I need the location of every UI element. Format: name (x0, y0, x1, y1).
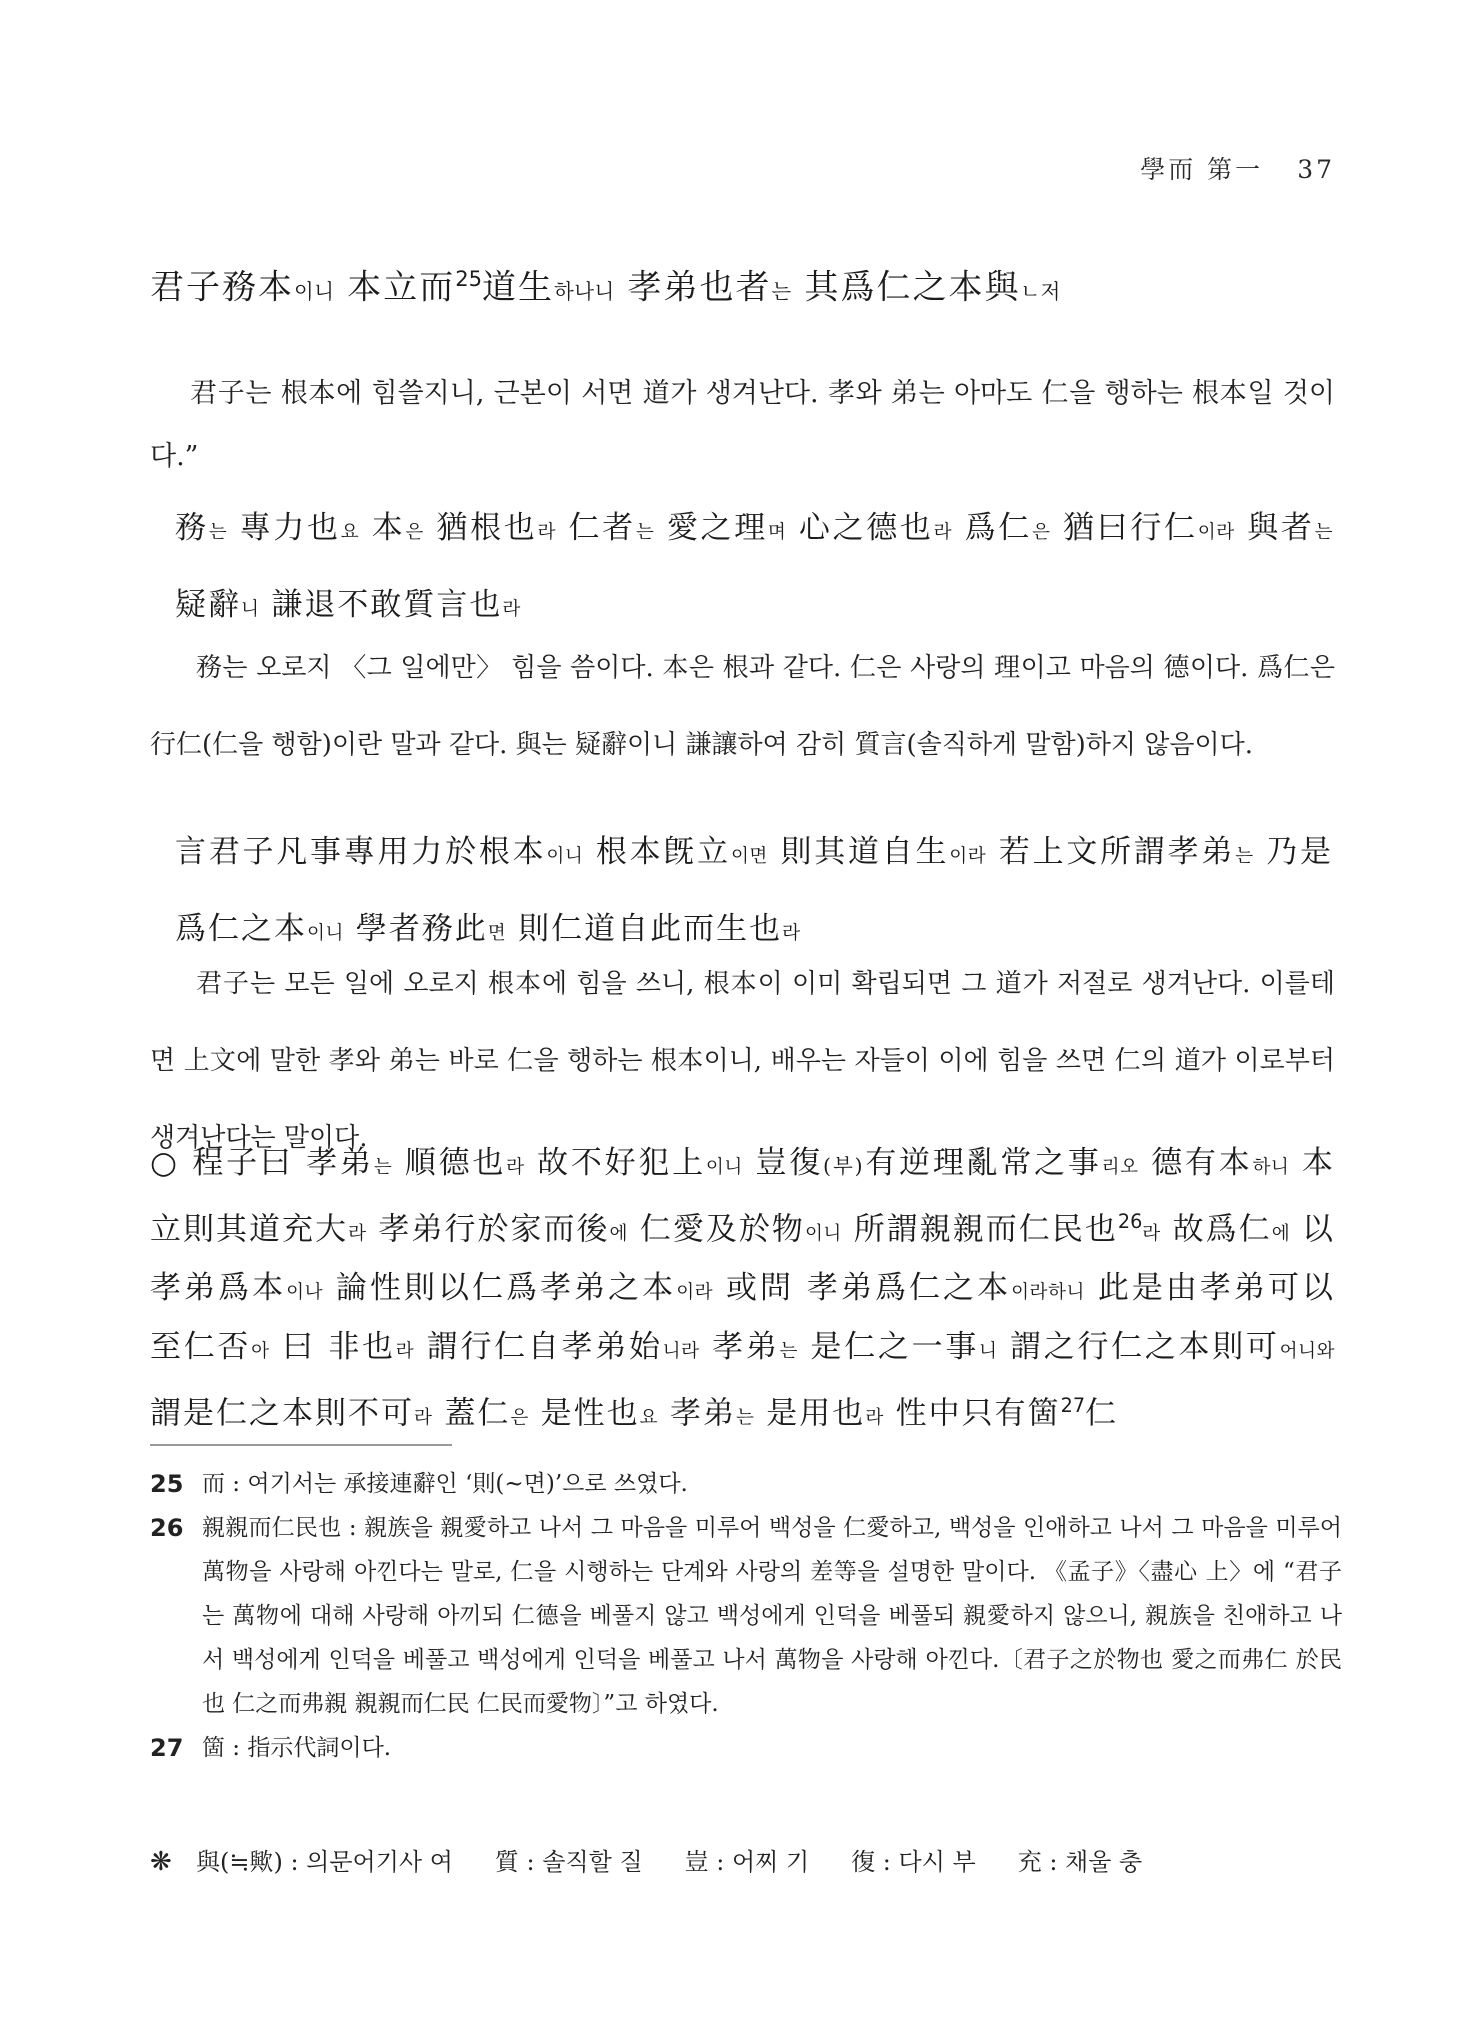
text-segment: 務 (175, 510, 209, 546)
main-quote-classical-text: 君子務本이니 本立而25道生하나니 孝弟也者는 其爲仁之本與ㄴ저 (150, 256, 1335, 314)
footnote-divider (150, 1444, 452, 1446)
text-segment: 謂是仁之本則不可 (150, 1396, 414, 1432)
text-segment: 專力也 (227, 510, 341, 546)
main-quote-translation: 君子는 根本에 힘쓸지니, 근본이 서면 道가 생겨난다. 孝와 弟는 아마도 … (150, 362, 1335, 488)
text-segment: 順德也 (392, 1145, 506, 1181)
text-segment: (부) (823, 1154, 865, 1178)
running-head: 學而 第一 37 (150, 150, 1335, 186)
text-segment: 하나니 (554, 279, 615, 303)
text-segment: 孝弟 (658, 1396, 736, 1432)
text-segment: 라 (537, 522, 555, 543)
text-segment: 君子務本 (150, 267, 294, 307)
text-segment: 라 (502, 599, 520, 620)
text-segment: 性中只有箇 (884, 1396, 1061, 1432)
text-segment: 猶曰行仁 (1050, 510, 1197, 546)
text-segment: 是仁之一事 (798, 1329, 979, 1365)
text-segment: 學者務此 (344, 911, 488, 947)
text-segment: 이라 (676, 1282, 713, 1303)
text-segment: 疑辭 (175, 587, 241, 623)
text-segment: 라 (865, 1408, 883, 1429)
text-segment: 故不好犯上 (525, 1145, 706, 1181)
footnote-26: 26 親親而仁民也 : 親族을 親愛하고 나서 그 마음을 미루어 백성을 仁愛… (150, 1506, 1342, 1726)
text-segment: 이니 (307, 923, 344, 944)
text-segment: 本立而 (334, 267, 455, 307)
text-segment: 라 (934, 522, 952, 543)
text-segment: 니라 (663, 1341, 700, 1362)
text-segment: 心之德也 (786, 510, 933, 546)
jibju-commentary-1: 務는 專力也요 本은 猶根也라 仁者는 愛之理며 心之德也라 爲仁은 猶曰行仁이… (175, 492, 1333, 646)
glossary-item: 與(≒歟) : 의문어기사 여 (196, 1848, 453, 1876)
text-segment: 猶根也 (424, 510, 538, 546)
text-segment: ㄴ저 (1020, 279, 1060, 303)
text-segment: 謙退不敢質言也 (259, 587, 502, 623)
page-number: 37 (1297, 155, 1335, 184)
text-segment: 道生 (482, 267, 554, 307)
text-segment: 요 (640, 1408, 658, 1429)
character-glossary: ❋ 與(≒歟) : 의문어기사 여質 : 솔직할 질豈 : 어찌 기復 : 다시… (150, 1842, 1342, 1877)
text-segment: 豈復 (743, 1145, 823, 1181)
chapter-title: 學而 第一 (1140, 150, 1263, 186)
text-segment: 니 (979, 1341, 997, 1362)
text-segment: 이라하니 (1011, 1282, 1085, 1303)
text-segment: 는 (736, 1408, 754, 1429)
text-segment: 蓋仁 (432, 1396, 510, 1432)
text-segment: 아 (251, 1341, 269, 1362)
glossary-item: 豈 : 어찌 기 (685, 1848, 810, 1876)
text-segment: 라 (414, 1408, 432, 1429)
footnote-reference: 26 (1118, 1210, 1142, 1233)
footnote-text: 而 : 여기서는 承接連辭인 ‘則(~면)’으로 쓰였다. (202, 1462, 1342, 1506)
text-segment: 論性則以仁爲孝弟之本 (323, 1270, 676, 1306)
text-segment: 則仁道自此而生也 (506, 911, 782, 947)
text-segment: 면 (488, 923, 506, 944)
text-segment: 孝弟行於家而後 (367, 1211, 610, 1247)
text-segment: 는 (771, 279, 791, 303)
text-segment: 若上文所謂孝弟 (986, 834, 1235, 870)
glossary-item: 復 : 다시 부 (851, 1848, 976, 1876)
footnote-reference: 25 (455, 266, 482, 291)
text-segment: 是用也 (754, 1396, 865, 1432)
footnote-reference: 27 (1061, 1394, 1085, 1417)
footnote-25: 25 而 : 여기서는 承接連辭인 ‘則(~면)’으로 쓰였다. (150, 1462, 1342, 1506)
text-segment: 孝弟 (700, 1329, 780, 1365)
jeongja-commentary: ○ 程子曰 孝弟는 順德也라 故不好犯上이니 豈復(부)有逆理亂常之事리오 德有… (150, 1136, 1335, 1446)
text-segment: 며 (768, 522, 786, 543)
text-segment: 라 (396, 1341, 414, 1362)
text-segment: 요 (341, 522, 359, 543)
text-segment: 라 (348, 1223, 366, 1244)
text-segment: 라 (782, 923, 800, 944)
text-segment: 이나 (286, 1282, 323, 1303)
text-segment: 라 (1142, 1223, 1160, 1244)
text-segment: 은 (510, 1408, 528, 1429)
glossary-items: 與(≒歟) : 의문어기사 여質 : 솔직할 질豈 : 어찌 기復 : 다시 부… (196, 1842, 1184, 1877)
text-segment: 니 (241, 599, 259, 620)
text-segment: 이니 (294, 279, 334, 303)
book-page: 學而 第一 37 君子務本이니 本立而25道生하나니 孝弟也者는 其爲仁之本與ㄴ… (0, 0, 1481, 2024)
text-segment: 는 (1235, 846, 1253, 867)
text-segment: 仁 (1085, 1396, 1118, 1432)
text-segment: ○ 程子曰 孝弟 (150, 1145, 374, 1181)
text-segment: 有逆理亂常之事 (865, 1145, 1102, 1181)
text-segment: 은 (405, 522, 423, 543)
text-segment: 에 (610, 1223, 628, 1244)
text-segment: 則其道自生 (768, 834, 949, 870)
footnote-27: 27 箇 : 指示代詞이다. (150, 1726, 1342, 1770)
text-segment: 仁者 (556, 510, 636, 546)
text-segment: 或問 孝弟爲仁之本 (713, 1270, 1011, 1306)
text-segment: 爲仁 (952, 510, 1032, 546)
text-segment: 는 (1315, 522, 1333, 543)
text-segment: 孝弟也者 (615, 267, 772, 307)
text-segment: 는 (636, 522, 654, 543)
text-segment: 根本旣立 (583, 834, 731, 870)
text-segment: 曰 非也 (270, 1329, 396, 1365)
text-segment: 所謂親親而仁民也 (842, 1211, 1118, 1247)
text-segment: 故爲仁 (1161, 1211, 1272, 1247)
glossary-item: 充 : 채울 충 (1018, 1848, 1143, 1876)
text-segment: 리오 (1102, 1157, 1139, 1178)
text-segment: 本 (359, 510, 405, 546)
text-segment: 言君子凡事專用力於根本 (175, 834, 546, 870)
text-segment: 이라 (949, 846, 986, 867)
jibju-commentary-1-translation: 務는 오로지 〈그 일에만〉 힘을 씀이다. 本은 根과 같다. 仁은 사랑의 … (150, 630, 1335, 784)
text-segment: 이니 (805, 1223, 842, 1244)
footnotes: 25 而 : 여기서는 承接連辭인 ‘則(~면)’으로 쓰였다. 26 親親而仁… (150, 1462, 1342, 1770)
text-segment: 謂行仁自孝弟始 (414, 1329, 662, 1365)
text-segment: 는 (209, 522, 227, 543)
text-segment: 與者 (1235, 510, 1315, 546)
footnote-number: 27 (150, 1726, 202, 1770)
flower-asterisk-icon: ❋ (150, 1847, 196, 1877)
text-segment: 은 (1032, 522, 1050, 543)
text-segment: 이라 (1198, 522, 1235, 543)
footnote-number: 26 (150, 1506, 202, 1550)
text-segment: 仁愛及於物 (628, 1211, 805, 1247)
text-segment: 이니 (546, 846, 583, 867)
text-segment: 에 (1272, 1223, 1290, 1244)
text-segment: 는 (780, 1341, 798, 1362)
text-segment: 德有本 (1139, 1145, 1253, 1181)
text-segment: 라 (506, 1157, 524, 1178)
text-segment: 是性也 (529, 1396, 640, 1432)
text-segment: 어니와 (1280, 1341, 1335, 1362)
footnote-text: 親親而仁民也 : 親族을 親愛하고 나서 그 마음을 미루어 백성을 仁愛하고,… (202, 1506, 1342, 1726)
text-segment: 愛之理 (654, 510, 768, 546)
text-segment: 其爲仁之本與 (792, 267, 1021, 307)
text-segment: 는 (374, 1157, 392, 1178)
text-segment: 하니 (1252, 1157, 1289, 1178)
footnote-text: 箇 : 指示代詞이다. (202, 1726, 1342, 1770)
footnote-number: 25 (150, 1462, 202, 1506)
glossary-item: 質 : 솔직할 질 (495, 1848, 643, 1876)
text-segment: 이니 (706, 1157, 743, 1178)
text-segment: 이면 (731, 846, 768, 867)
text-segment: 謂之行仁之本則可 (998, 1329, 1280, 1365)
